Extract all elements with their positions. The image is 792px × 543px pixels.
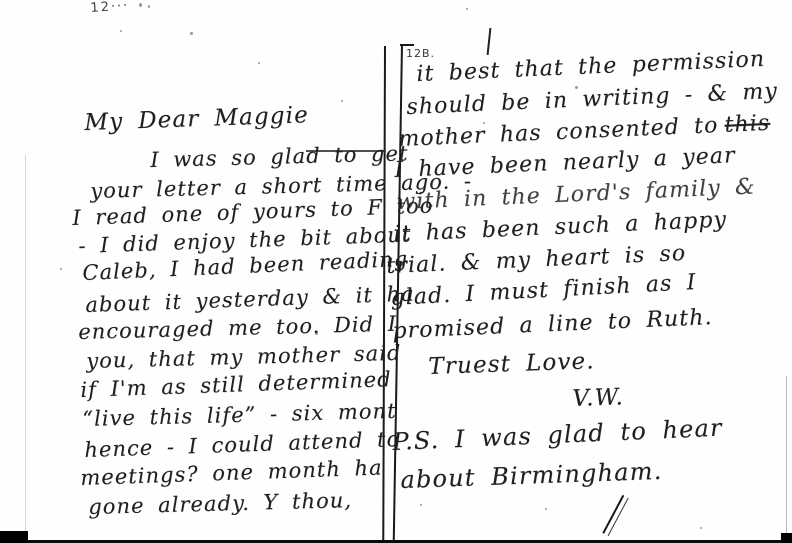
postscript-line: about Birmingham.: [400, 459, 663, 492]
letter-scan: 12··· My Dear Maggie I was so glad to ge…: [0, 0, 792, 543]
page-number-right: 12B.: [406, 48, 435, 59]
letter-line: glad. I must finish as I: [390, 272, 697, 310]
letter-line: should be in writing - & my: [406, 81, 778, 119]
closing-line: Truest Love.: [428, 350, 595, 379]
letter-line: it best that the permission: [416, 49, 766, 86]
struck-word: this: [724, 111, 771, 138]
signature-line: V.W.: [572, 386, 624, 411]
letter-page-right: 12B. it best that the permission should …: [0, 0, 792, 543]
postscript-line: P.S. I was glad to hear: [392, 416, 723, 454]
letter-line: promised a line to Ruth.: [392, 307, 713, 343]
